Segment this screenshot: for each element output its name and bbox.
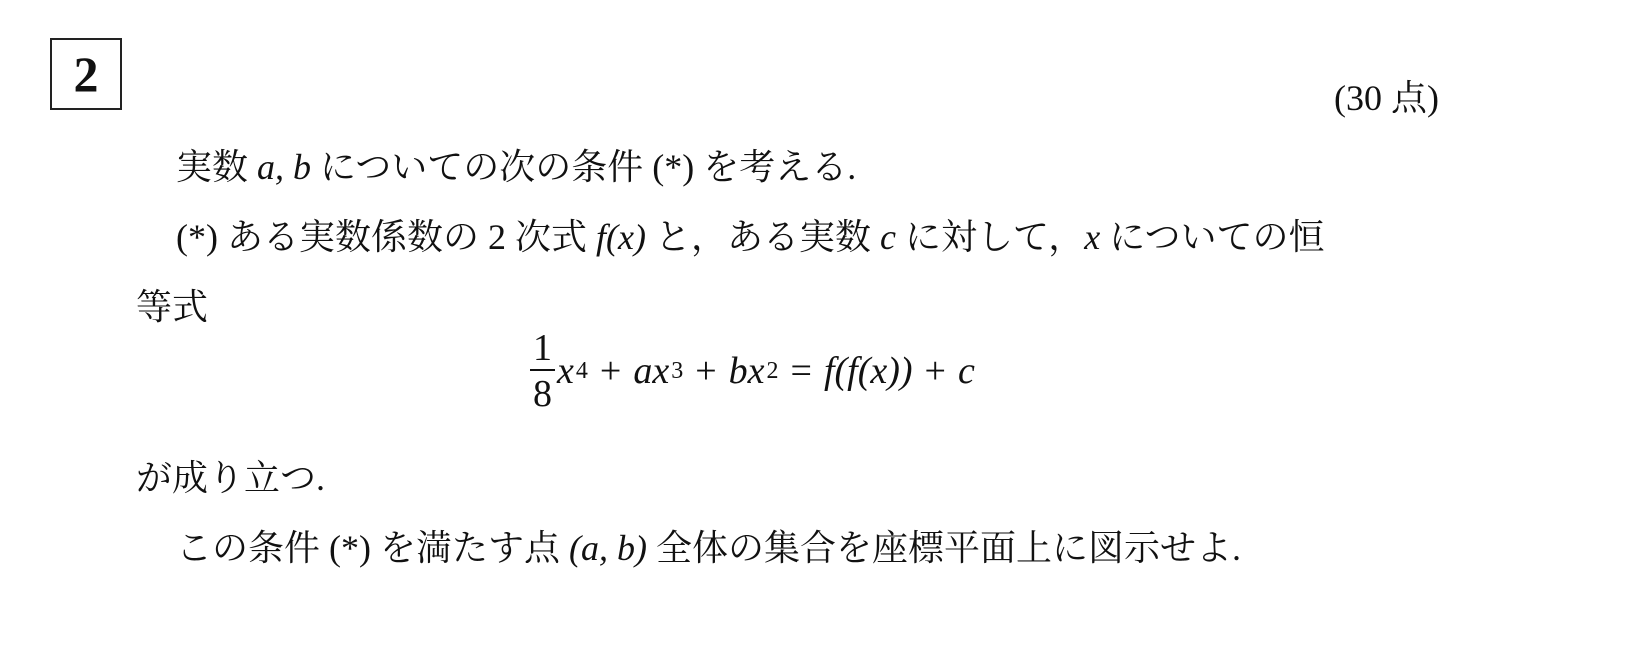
term1-exponent: 4 [576,358,588,385]
term2-exponent: 3 [671,358,683,385]
condition-part1: (*) ある実数係数の 2 次式 [176,217,596,257]
condition-fx: f(x) [596,217,646,257]
rhs-composition: f(f(x)) [824,349,913,393]
intro-vars: a, b [257,147,311,187]
intro-post: についての次の条件 (*) を考える. [311,147,856,187]
condition-continuation: 等式 [136,285,208,329]
term2-base: ax [633,349,669,393]
fraction-numerator: 1 [530,329,555,369]
task-point: (a, b) [569,528,647,568]
condition-part3: に対して， [896,217,1084,257]
plus-operator: + [925,349,946,393]
term3-base: bx [729,349,765,393]
problem-number: 2 [74,49,99,99]
condition-line: (*) ある実数係数の 2 次式 f(x) と，ある実数 c に対して，x につ… [176,215,1325,259]
points-label: (30 点) [1334,76,1439,120]
problem-number-box: 2 [50,38,122,110]
term3-exponent: 2 [767,358,779,385]
fraction-one-eighth: 1 8 [530,329,555,413]
equals-operator: = [791,349,812,393]
fraction-denominator: 8 [530,371,555,413]
term1-base: x [557,349,574,393]
plus-operator: + [695,349,716,393]
identity-equation: 1 8 x4 + ax3 + bx2 = f(f(x)) + c [530,326,975,416]
rhs-constant: c [958,349,975,393]
condition-part4: についての恒 [1100,217,1324,257]
plus-operator: + [600,349,621,393]
intro-pre: 実数 [176,147,257,187]
condition-part2: と，ある実数 [646,217,880,257]
after-equation-line: が成り立つ. [136,456,325,500]
condition-c: c [880,217,896,257]
task-line: この条件 (*) を満たす点 (a, b) 全体の集合を座標平面上に図示せよ. [176,526,1241,570]
task-post: 全体の集合を座標平面上に図示せよ. [647,528,1241,568]
condition-x: x [1084,217,1100,257]
task-pre: この条件 (*) を満たす点 [176,528,569,568]
intro-line: 実数 a, b についての次の条件 (*) を考える. [176,145,856,189]
